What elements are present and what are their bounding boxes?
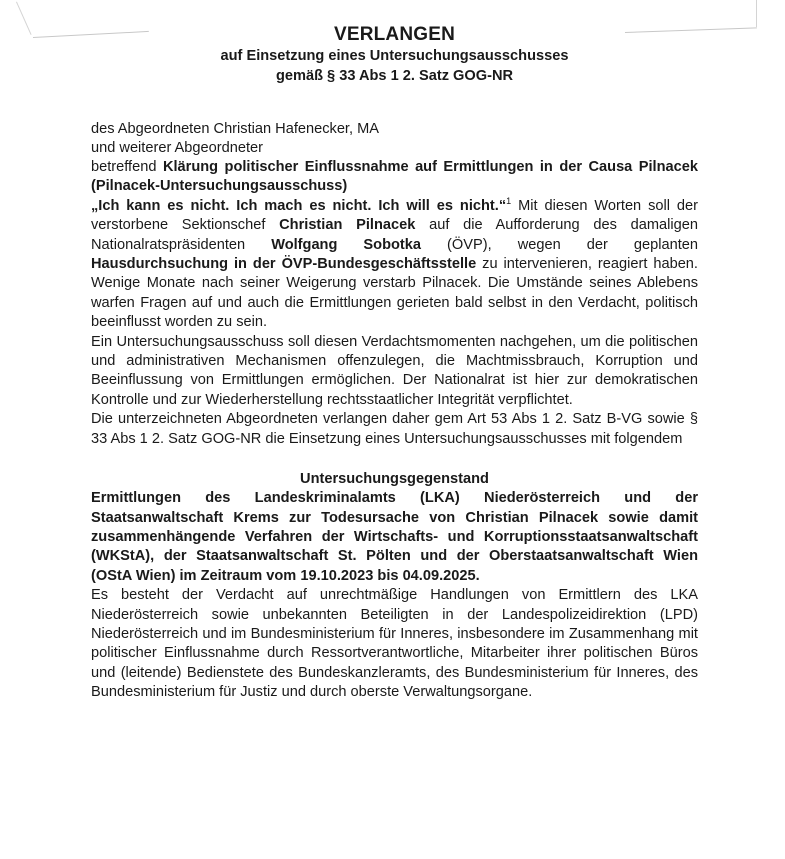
document-subtitle: auf Einsetzung eines Untersuchungsaussch… bbox=[91, 46, 698, 66]
document-title: VERLANGEN bbox=[91, 24, 698, 46]
title-block: VERLANGEN auf Einsetzung eines Untersuch… bbox=[91, 24, 698, 86]
scan-edge-mark bbox=[756, 0, 758, 27]
scan-edge-mark bbox=[16, 1, 32, 35]
co-submitters-line: und weiterer Abgeordneter bbox=[91, 139, 698, 158]
subject-line: betreffend Klärung politischer Einflussn… bbox=[91, 158, 698, 197]
emphasis: Hausdurchsuchung in der ÖVP-Bundesgeschä… bbox=[91, 256, 476, 272]
paragraph-5: Es besteht der Verdacht auf unrechtmäßig… bbox=[91, 586, 698, 702]
intro-block: des Abgeordneten Christian Hafenecker, M… bbox=[91, 120, 698, 197]
paragraph-1: „Ich kann es nicht. Ich mach es nicht. I… bbox=[91, 197, 698, 333]
section-heading: Untersuchungsgegenstand bbox=[91, 470, 698, 489]
document-page: VERLANGEN auf Einsetzung eines Untersuch… bbox=[91, 24, 698, 703]
paragraph-text: (ÖVP), wegen der geplanten bbox=[421, 237, 698, 253]
paragraph-2: Ein Untersuchungsausschuss soll diesen V… bbox=[91, 333, 698, 411]
legal-basis: gemäß § 33 Abs 1 2. Satz GOG-NR bbox=[91, 66, 698, 86]
person-name: Christian Pilnacek bbox=[279, 217, 415, 233]
subject-title: Klärung politischer Einflussnahme auf Er… bbox=[91, 159, 698, 194]
investigation-subject: Ermittlungen des Landeskriminalamts (LKA… bbox=[91, 489, 698, 586]
concerning-label: betreffend bbox=[91, 159, 156, 175]
person-name: Wolfgang Sobotka bbox=[271, 237, 421, 253]
paragraph-3: Die unterzeichneten Abgeordneten verlang… bbox=[91, 410, 698, 449]
quote: „Ich kann es nicht. Ich mach es nicht. I… bbox=[91, 198, 506, 214]
submitter-line: des Abgeordneten Christian Hafenecker, M… bbox=[91, 120, 698, 139]
